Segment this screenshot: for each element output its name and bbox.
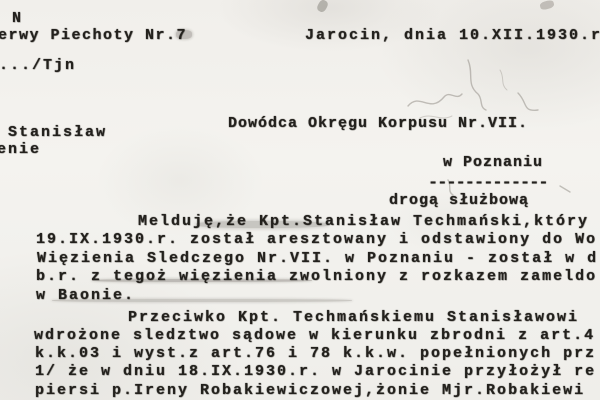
body-line: b.r. z tegoż więzienia zwolniony z rozka…	[36, 269, 597, 284]
header-fragment: N	[12, 11, 23, 26]
margin-note-fragment: enie	[0, 142, 41, 157]
body-line: k.k.03 i wyst.z art.76 i 78 k.k.w. popeł…	[35, 346, 596, 361]
body-line: Melduję,że Kpt.Stanisław Techmański,któr…	[138, 214, 589, 229]
body-line: Więzienia Sledczego Nr.VII. w Poznaniu -…	[37, 251, 598, 266]
dashed-underline: -------------	[428, 176, 548, 191]
margin-note-name: ł Stanisław	[0, 125, 107, 140]
edge-mark	[539, 0, 555, 11]
body-line: piersi p.Ireny Robakiewiczowej,żonie Mjr…	[35, 383, 585, 398]
scanned-document-page: N erwy Piechoty Nr.7 %.../Tjn Jarocin, d…	[0, 0, 600, 400]
body-line: 1/ że w dniu 18.IX.1930.r. w Jarocinie p…	[35, 364, 596, 379]
body-line: 19.IX.1930.r. został aresztowany i odsta…	[36, 232, 597, 247]
addressee-city: w Poznaniu	[443, 155, 543, 170]
body-line: wdrożone sledztwo sądowe w kierunku zbro…	[34, 328, 595, 343]
reference-number: %.../Tjn	[0, 58, 76, 73]
body-line: Przeciwko Kpt. Techmańskiemu Stanisławow…	[128, 310, 579, 325]
routing-note: drogą służbową	[389, 193, 529, 208]
body-line: w Baonie.	[36, 288, 135, 303]
addressee-title: Dowódca Okręgu Korpusu Nr.VII.	[228, 116, 528, 131]
unit-name: erwy Piechoty Nr.7	[0, 28, 187, 43]
edge-mark	[316, 0, 330, 13]
place-date: Jarocin, dnia 10.XII.1930.r	[305, 28, 600, 43]
